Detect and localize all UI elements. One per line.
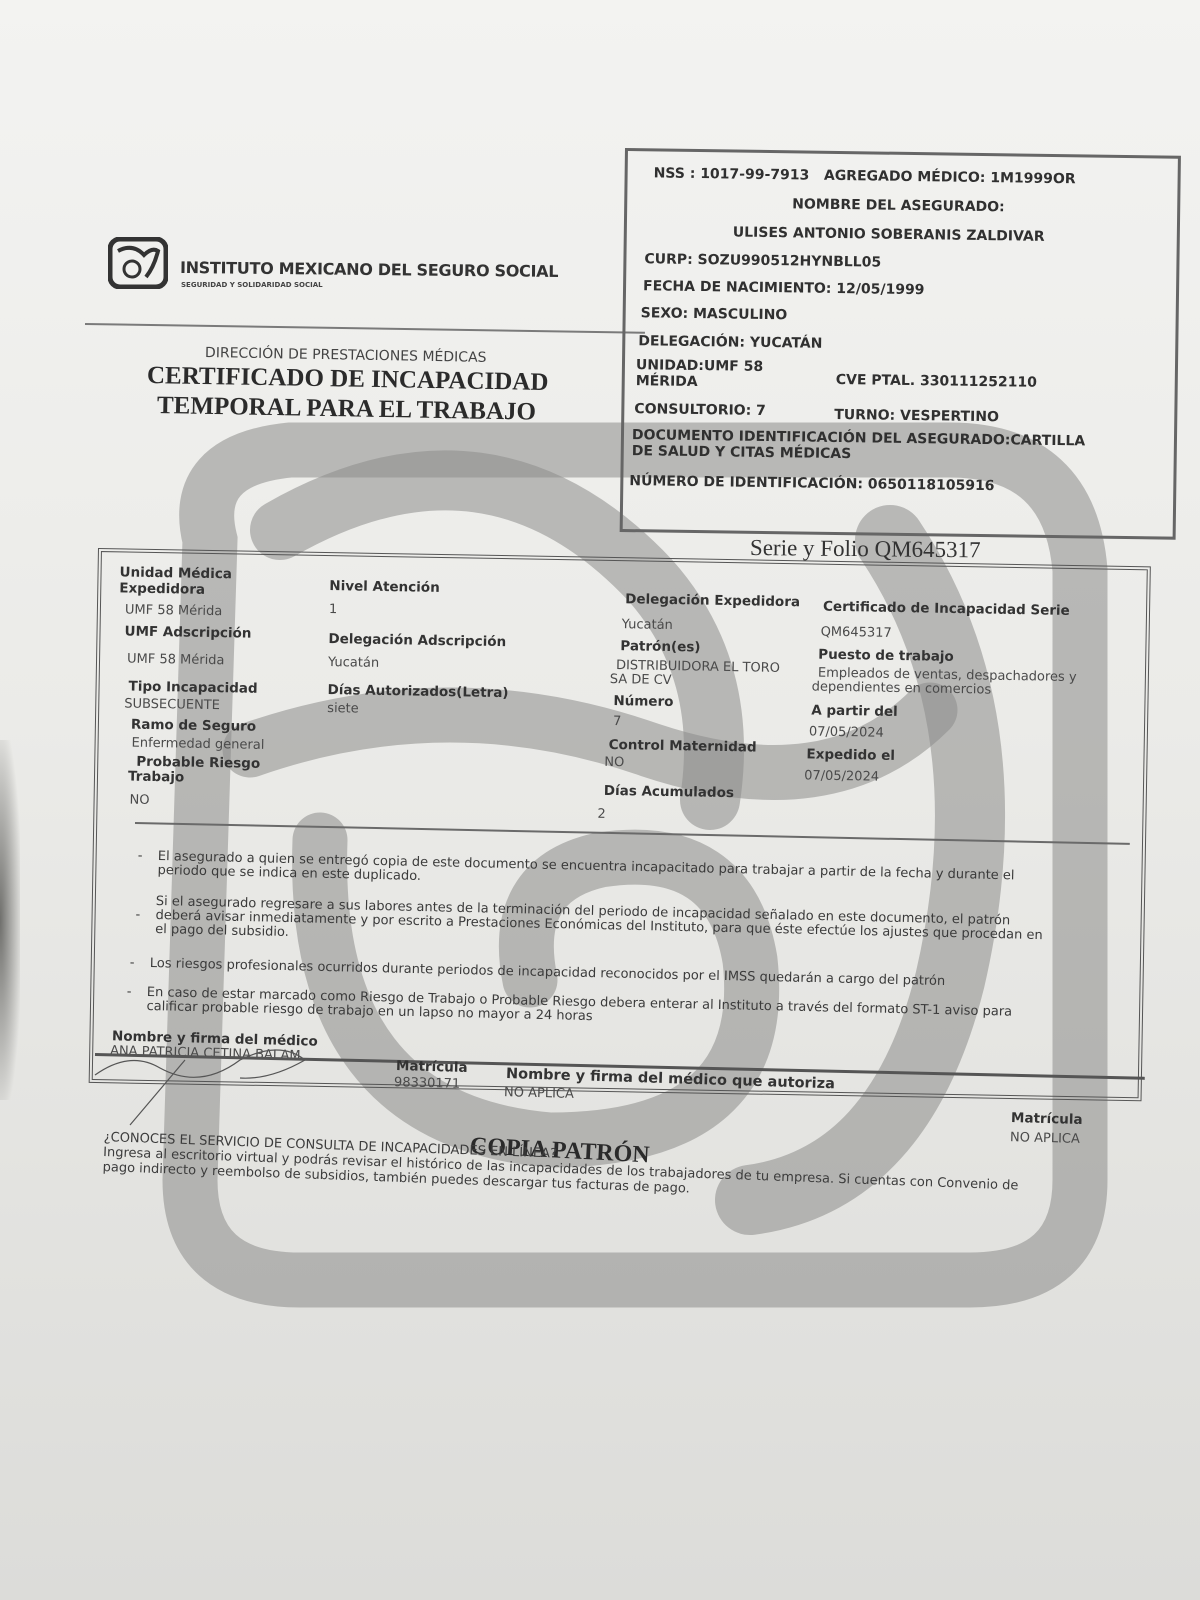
- unit-value: UNIDAD:UMF 58 MÉRIDA: [636, 357, 764, 391]
- matricula-label: Matrícula: [396, 1058, 468, 1076]
- deleg-expedidora-value: Yucatán: [622, 617, 673, 633]
- consultorio-value: 7: [756, 403, 766, 419]
- a-partir-label: A partir del: [811, 702, 898, 720]
- id-number-row: NÚMERO DE IDENTIFICACIÓN: 0650118105916: [629, 473, 994, 494]
- insured-info-box: NSS : 1017-99-7913 AGREGADO MÉDICO: 1M19…: [620, 148, 1181, 540]
- numero-label: Número: [613, 693, 673, 710]
- delegation-row: DELEGACIÓN: YUCATÁN: [638, 333, 822, 352]
- doc-id-value: DOCUMENTO IDENTIFICACIÓN DEL ASEGURADO:C…: [632, 427, 1086, 465]
- ramo-value: Enfermedad general: [131, 736, 264, 753]
- deleg-expedidora-label: Delegación Expedidora: [625, 591, 800, 610]
- matricula-value: 98330171: [394, 1075, 461, 1092]
- delegation-value: YUCATÁN: [750, 335, 823, 352]
- cve-row: CVE PTAL. 330111252110: [836, 372, 1037, 391]
- institution-tagline: SEGURIDAD Y SOLIDARIDAD SOCIAL: [181, 281, 323, 289]
- umf-adscripcion-value: UMF 58 Mérida: [127, 652, 225, 669]
- unidad-expedidora-value: UMF 58 Mérida: [125, 602, 223, 619]
- cert-serie-label: Certificado de Incapacidad Serie: [823, 599, 1070, 619]
- insured-name-label: NOMBRE DEL ASEGURADO:: [792, 196, 1005, 215]
- patron-value: DISTRIBUIDORA EL TORO SA DE CV: [616, 659, 780, 690]
- unidad-expedidora-label: Unidad Médica Expedidora: [119, 564, 232, 598]
- deleg-adscripcion-label: Delegación Adscripción: [328, 631, 506, 650]
- nivel-label: Nivel Atención: [329, 578, 440, 596]
- sex-row: SEXO: MASCULINO: [641, 305, 788, 323]
- page-shadow: [0, 740, 20, 1100]
- nss-row: NSS : 1017-99-7913 AGREGADO MÉDICO: 1M19…: [654, 165, 1076, 187]
- nivel-value: 1: [329, 602, 338, 617]
- tipo-incapacidad-value: SUBSECUENTE: [124, 696, 220, 713]
- imss-logo-icon: [108, 237, 168, 289]
- consultorio-row: CONSULTORIO: 7: [634, 401, 766, 419]
- turno-row: TURNO: VESPERTINO: [834, 407, 999, 425]
- numero-value: 7: [613, 714, 622, 729]
- birth-value: 12/05/1999: [836, 281, 924, 298]
- id-number-value: 0650118105916: [868, 476, 995, 494]
- auth-matricula-value: NO APLICA: [1010, 1130, 1080, 1147]
- dias-acumulados-value: 2: [597, 807, 606, 822]
- patron-label: Patrón(es): [620, 638, 700, 655]
- maternidad-value: NO: [604, 755, 624, 770]
- dias-letra-label: Días Autorizados(Letra): [327, 682, 508, 701]
- sex-value: MASCULINO: [693, 306, 787, 323]
- umf-adscripcion-label: UMF Adscripción: [124, 623, 251, 641]
- dias-letra-value: siete: [327, 701, 359, 717]
- riesgo-label: Probable Riesgo Trabajo: [136, 755, 260, 787]
- insured-name: ULISES ANTONIO SOBERANIS ZALDIVAR: [733, 225, 1045, 245]
- institution-name: INSTITUTO MEXICANO DEL SEGURO SOCIAL: [180, 258, 558, 281]
- doctor-signature-icon: [90, 1030, 320, 1130]
- deleg-adscripcion-value: Yucatán: [328, 655, 379, 671]
- auth-matricula-label: Matrícula: [1011, 1110, 1083, 1128]
- agregado-value: 1M1999OR: [990, 170, 1076, 187]
- cert-serie-value: QM645317: [821, 625, 892, 641]
- riesgo-value: NO: [129, 793, 149, 808]
- turno-value: VESPERTINO: [900, 408, 999, 425]
- auth-doctor-value: NO APLICA: [504, 1085, 574, 1102]
- tipo-incapacidad-label: Tipo Incapacidad: [128, 679, 257, 697]
- maternidad-label: Control Maternidad: [609, 737, 757, 756]
- cve-value: 330111252110: [920, 373, 1037, 391]
- a-partir-value: 07/05/2024: [809, 724, 884, 740]
- expedido-label: Expedido el: [806, 746, 895, 764]
- nss-value: 1017-99-7913: [700, 166, 809, 184]
- puesto-value: Empleados de ventas, despachadores y dep…: [812, 666, 1077, 699]
- puesto-label: Puesto de trabajo: [818, 647, 954, 665]
- ramo-label: Ramo de Seguro: [131, 717, 256, 735]
- expedido-value: 07/05/2024: [804, 768, 879, 784]
- dias-acumulados-label: Días Acumulados: [604, 783, 734, 801]
- curp-value: SOZU990512HYNBLL05: [698, 252, 882, 271]
- curp-row: CURP: SOZU990512HYNBLL05: [644, 251, 881, 270]
- birth-row: FECHA DE NACIMIENTO: 12/05/1999: [643, 278, 925, 298]
